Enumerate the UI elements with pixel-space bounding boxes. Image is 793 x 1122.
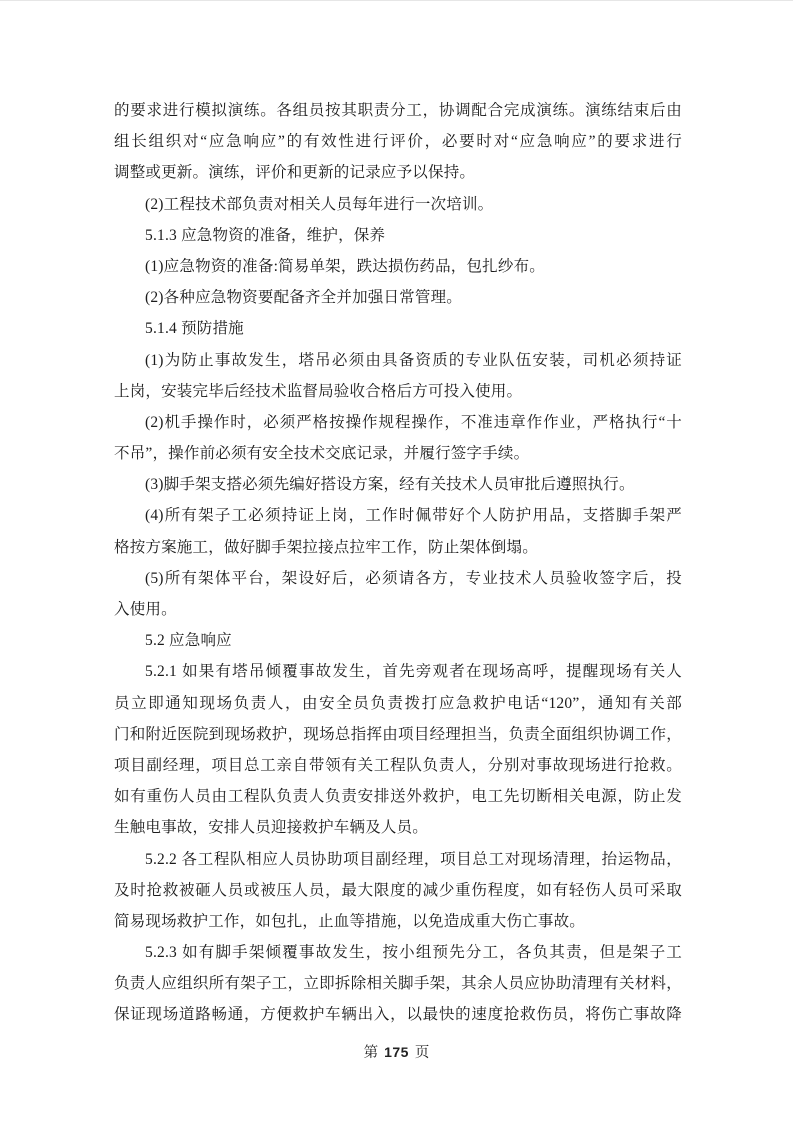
text-line: 5.2 应急响应 [114,625,682,656]
text-line: 5.2.1 如果有塔吊倾覆事故发生，首先旁观者在现场高呼，提醒现场有关人 [114,656,682,687]
text-line: 5.2.2 各工程队相应人员协助项目副经理，项目总工对现场清理，抬运物品， [114,844,682,875]
page-number: 175 [384,1044,409,1060]
text-line: 负责人应组织所有架子工，立即拆除相关脚手架，其余人员应协助清理有关材料， [114,968,682,999]
text-line: 入使用。 [114,594,682,625]
text-line: 保证现场道路畅通，方便救护车辆出入，以最快的速度抢救伤员，将伤亡事故降 [114,999,682,1030]
text-line: 调整或更新。演练，评价和更新的记录应予以保持。 [114,157,682,188]
text-line: 项目副经理，项目总工亲自带领有关工程队负责人，分别对事故现场进行抢救。 [114,750,682,781]
document-body: 的要求进行模拟演练。各组员按其职责分工，协调配合完成演练。演练结束后由组长组织对… [114,95,682,1031]
text-line: 门和附近医院到现场救护，现场总指挥由项目经理担当，负责全面组织协调工作， [114,719,682,750]
text-line: 5.2.3 如有脚手架倾覆事故发生，按小组预先分工，各负其责，但是架子工 [114,937,682,968]
text-line: (5)所有架体平台，架设好后，必须请各方，专业技术人员验收签字后，投 [114,563,682,594]
text-line: (2)工程技术部负责对相关人员每年进行一次培训。 [114,189,682,220]
page-number-prefix: 第 [364,1045,379,1061]
page-number-suffix: 页 [415,1045,430,1061]
text-line: 生触电事故，安排人员迎接救护车辆及人员。 [114,812,682,843]
document-page: 的要求进行模拟演练。各组员按其职责分工，协调配合完成演练。演练结束后由组长组织对… [0,0,793,1122]
text-line: (2)各种应急物资要配备齐全并加强日常管理。 [114,282,682,313]
text-line: 如有重伤人员由工程队负责人负责安排送外救护，电工先切断相关电源，防止发 [114,781,682,812]
text-line: 5.1.4 预防措施 [114,313,682,344]
text-line: 及时抢救被砸人员或被压人员，最大限度的减少重伤程度，如有轻伤人员可采取 [114,875,682,906]
text-line: 不吊”，操作前必须有安全技术交底记录，并履行签字手续。 [114,438,682,469]
text-line: 的要求进行模拟演练。各组员按其职责分工，协调配合完成演练。演练结束后由 [114,95,682,126]
text-line: (3)脚手架支搭必须先编好搭设方案，经有关技术人员审批后遵照执行。 [114,469,682,500]
page-footer: 第175页 [0,1041,793,1064]
text-line: 员立即通知现场负责人，由安全员负责拨打应急救护电话“120”，通知有关部 [114,688,682,719]
text-line: (4)所有架子工必须持证上岗，工作时佩带好个人防护用品，支搭脚手架严 [114,500,682,531]
text-line: 上岗，安装完毕后经技术监督局验收合格后方可投入使用。 [114,376,682,407]
text-line: (2)机手操作时，必须严格按操作规程操作，不准违章作作业，严格执行“十 [114,407,682,438]
text-line: 5.1.3 应急物资的准备，维护，保养 [114,220,682,251]
text-line: 格按方案施工，做好脚手架拉接点拉牢工作，防止架体倒塌。 [114,532,682,563]
text-line: (1)应急物资的准备:简易单架，跌达损伤药品，包扎纱布。 [114,251,682,282]
text-line: 简易现场救护工作，如包扎，止血等措施，以免造成重大伤亡事故。 [114,906,682,937]
text-line: (1)为防止事故发生，塔吊必须由具备资质的专业队伍安装，司机必须持证 [114,345,682,376]
text-line: 组长组织对“应急响应”的有效性进行评价，必要时对“应急响应”的要求进行 [114,126,682,157]
